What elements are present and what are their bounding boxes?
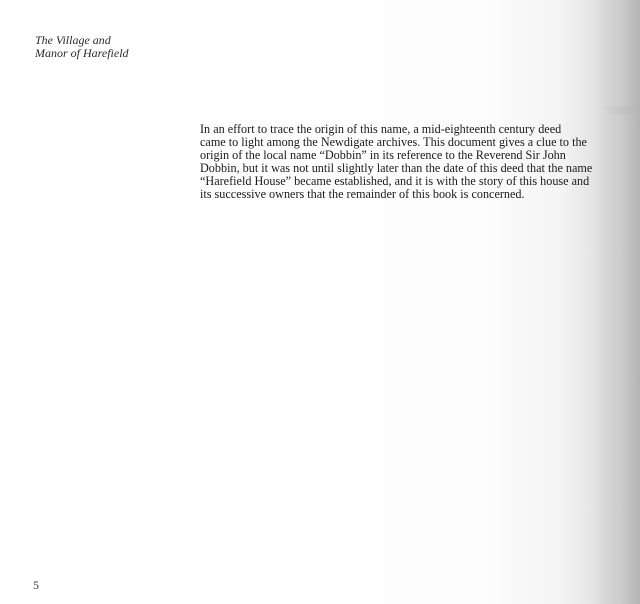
book-page: The Village and Manor of Harefield In an… — [0, 0, 640, 604]
paragraph-line: its successive owners that the remainder… — [200, 188, 610, 201]
page-number: 5 — [33, 578, 39, 593]
page-fold-mark — [600, 106, 640, 114]
page-curl-shadow — [590, 0, 640, 604]
running-head-line-2: Manor of Harefield — [35, 47, 129, 60]
running-head: The Village and Manor of Harefield — [35, 34, 129, 60]
body-paragraph: In an effort to trace the origin of this… — [200, 123, 610, 201]
